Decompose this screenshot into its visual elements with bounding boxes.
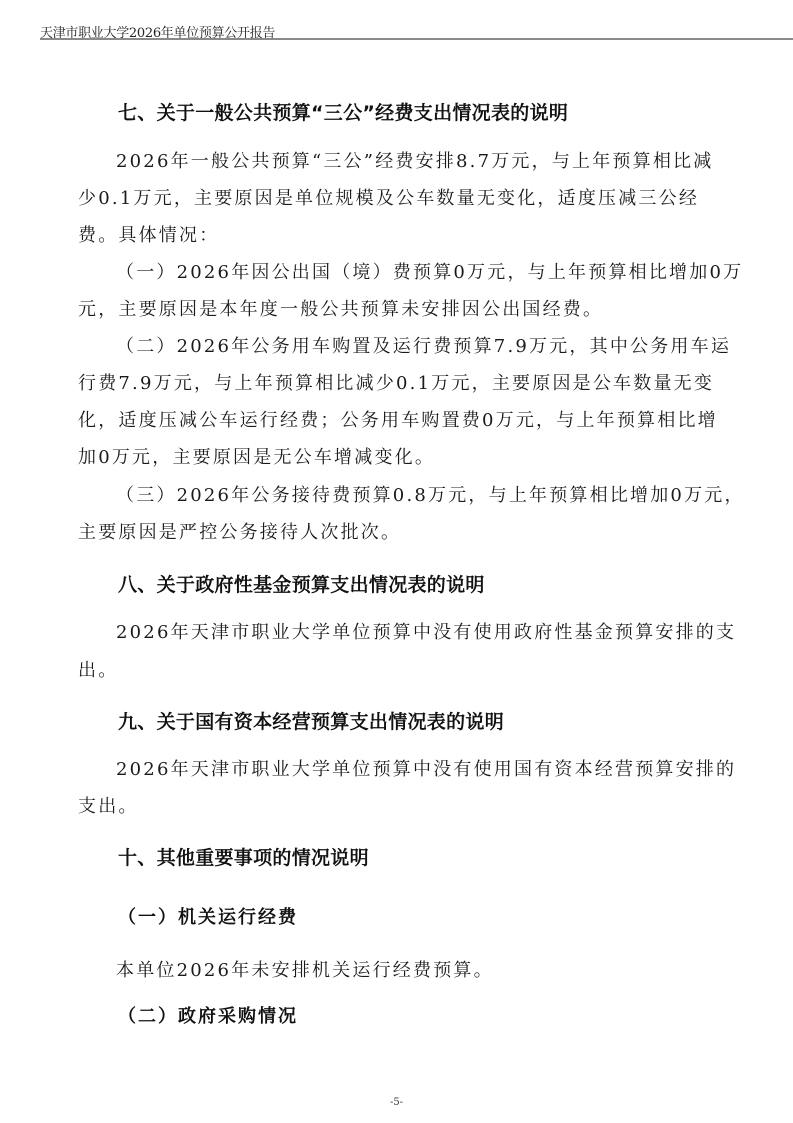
paragraph-line: 2026年天津市职业大学单位预算中没有使用政府性基金预算安排的支 xyxy=(116,618,736,644)
paragraph-line: 费。具体情况： xyxy=(78,221,219,247)
paragraph-line: 加0万元，主要原因是无公车增减变化。 xyxy=(78,443,435,469)
paragraph-line: 支出。 xyxy=(78,792,139,818)
paragraph-line: （二）2026年公务用车购置及运行费预算7.9万元，其中公务用车运 xyxy=(116,332,731,358)
paragraph-line: 化，适度压减公车运行经费；公务用车购置费0万元，与上年预算相比增 xyxy=(78,406,718,432)
paragraph-line: （一）2026年因公出国（境）费预算0万元，与上年预算相比增加0万 xyxy=(116,258,743,284)
paragraph-line: （三）2026年公务接待费预算0.8万元，与上年预算相比增加0万元， xyxy=(116,481,745,507)
paragraph-line: 本单位2026年未安排机关运行经费预算。 xyxy=(116,956,494,982)
section-heading: 八、关于政府性基金预算支出情况表的说明 xyxy=(118,570,485,597)
page-number: -5- xyxy=(0,1097,793,1108)
paragraph-line: 行费7.9万元，与上年预算相比减少0.1万元，主要原因是公车数量无变 xyxy=(78,369,714,395)
paragraph-line: 2026年天津市职业大学单位预算中没有使用国有资本经营预算安排的 xyxy=(116,755,736,781)
subsection-heading: （一）机关运行经费 xyxy=(118,903,298,929)
paragraph-line: 主要原因是严控公务接待人次批次。 xyxy=(78,518,401,544)
paragraph-line: 出。 xyxy=(78,656,118,682)
subsection-heading: （二）政府采购情况 xyxy=(118,1002,298,1028)
paragraph-line: 2026年一般公共预算“三公”经费安排8.7万元，与上年预算相比减 xyxy=(116,147,713,173)
paragraph-line: 少0.1万元，主要原因是单位规模及公车数量无变化，适度压减三公经 xyxy=(78,184,699,210)
paragraph-line: 元，主要原因是本年度一般公共预算未安排因公出国经费。 xyxy=(78,295,603,321)
section-heading: 九、关于国有资本经营预算支出情况表的说明 xyxy=(118,707,504,734)
section-heading: 十、其他重要事项的情况说明 xyxy=(118,843,369,870)
section-heading: 七、关于一般公共预算“三公”经费支出情况表的说明 xyxy=(118,98,568,125)
header-divider xyxy=(40,38,793,40)
